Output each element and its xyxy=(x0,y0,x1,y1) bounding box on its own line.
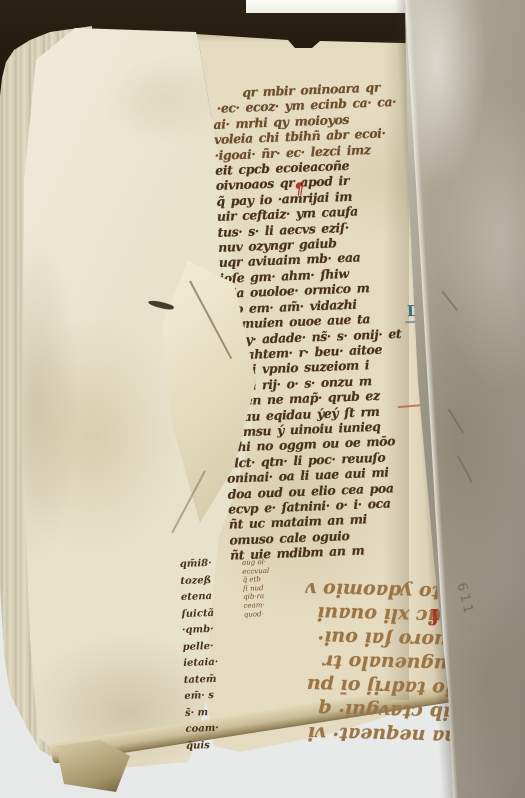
text-line: ·qmb· xyxy=(182,621,239,639)
text-line: ſuictã xyxy=(181,605,238,623)
manuscript-photo-scene: qr mbir oninoara qr·ec· ecoz· ym ecinb c… xyxy=(0,0,525,798)
text-line: tozeß xyxy=(180,572,237,590)
pencil-scribble xyxy=(448,408,464,433)
text-line: etena xyxy=(181,588,238,606)
pencil-scribble xyxy=(457,455,472,482)
text-line: pelle· xyxy=(182,638,239,656)
large-inverted-text-block: na nequeat· vitib ctavgui· qlio tadrij o… xyxy=(230,571,462,749)
red-paraph-mark: ¶ xyxy=(294,179,305,198)
pencil-scribble xyxy=(442,291,458,311)
text-line: qm̃i8· xyxy=(180,555,237,573)
pencil-number: 611 xyxy=(454,581,477,617)
